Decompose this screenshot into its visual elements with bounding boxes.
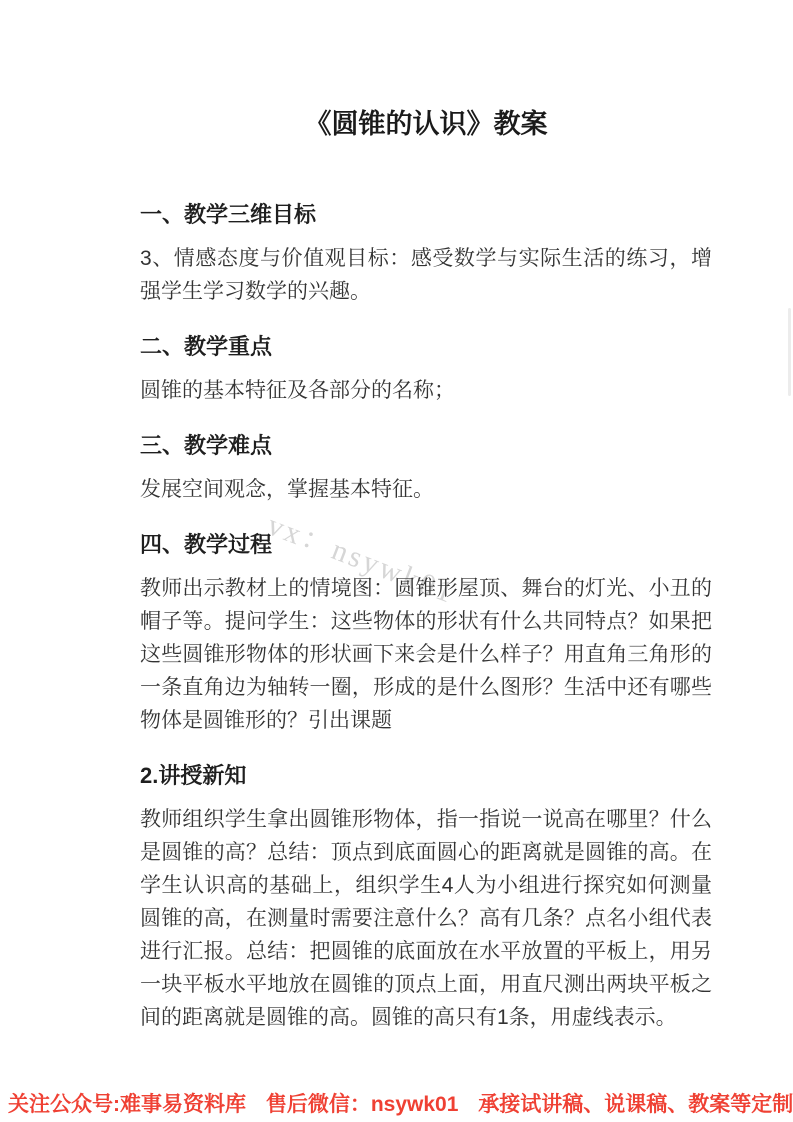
section-heading: 一、教学三维目标: [140, 202, 712, 228]
section-paragraph: 教师组织学生拿出圆锥形物体，指一指说一说高在哪里？什么是圆锥的高？总结：顶点到底…: [140, 803, 712, 1034]
footer-official-account: 关注公众号:难事易资料库: [8, 1093, 246, 1116]
section-paragraph: 发展空间观念，掌握基本特征。: [140, 473, 712, 506]
section-new-knowledge: 2.讲授新知 教师组织学生拿出圆锥形物体，指一指说一说高在哪里？什么是圆锥的高？…: [140, 763, 712, 1034]
section-heading: 二、教学重点: [140, 334, 712, 360]
document-title: 《圆锥的认识》教案: [140, 106, 712, 142]
page-edge-shadow: [788, 308, 791, 396]
section-teaching-difficulties: 三、教学难点 发展空间观念，掌握基本特征。: [140, 433, 712, 506]
section-paragraph: 3、情感态度与价值观目标：感受数学与实际生活的练习，增强学生学习数学的兴趣。: [140, 242, 712, 308]
document-page: vx：nsywk01 《圆锥的认识》教案 一、教学三维目标 3、情感态度与价值观…: [0, 0, 793, 1122]
footer-wechat-contact: 售后微信：nsywk01: [266, 1093, 459, 1116]
document-content: 《圆锥的认识》教案 一、教学三维目标 3、情感态度与价值观目标：感受数学与实际生…: [140, 106, 712, 1060]
section-paragraph: 圆锥的基本特征及各部分的名称；: [140, 374, 712, 407]
section-heading: 2.讲授新知: [140, 763, 712, 789]
section-heading: 三、教学难点: [140, 433, 712, 459]
footer-services: 承接试讲稿、说课稿、教案等定制业务: [478, 1093, 793, 1116]
footer-banner: 关注公众号:难事易资料库 售后微信：nsywk01 承接试讲稿、说课稿、教案等定…: [8, 1092, 788, 1118]
section-paragraph: 教师出示教材上的情境图：圆锥形屋顶、舞台的灯光、小丑的帽子等。提问学生：这些物体…: [140, 572, 712, 737]
section-heading: 四、教学过程: [140, 532, 712, 558]
section-teaching-process: 四、教学过程 教师出示教材上的情境图：圆锥形屋顶、舞台的灯光、小丑的帽子等。提问…: [140, 532, 712, 737]
section-teaching-key-points: 二、教学重点 圆锥的基本特征及各部分的名称；: [140, 334, 712, 407]
section-teaching-objectives: 一、教学三维目标 3、情感态度与价值观目标：感受数学与实际生活的练习，增强学生学…: [140, 202, 712, 308]
